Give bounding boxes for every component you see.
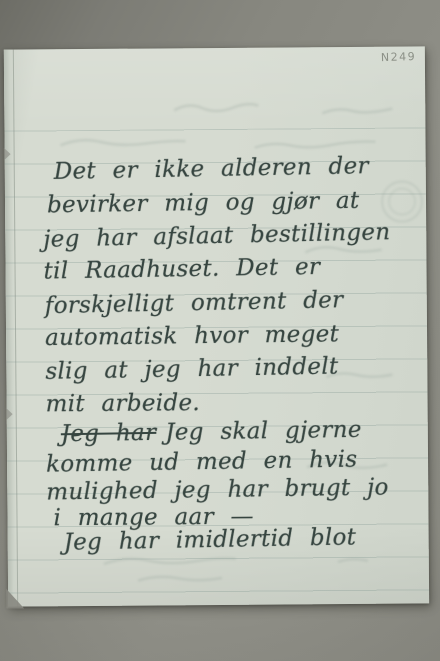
handwriting-line-text: Jeg skal gjerne [165,417,362,446]
handwriting-line: Det er ikke alderen der [54,154,369,185]
handwriting-line: forskjelligt omtrent der [45,288,344,319]
handwriting-line: Jeg harJeg skal gjerne [61,418,362,448]
handwriting-line: mit arbeide. [46,391,201,418]
handwriting-line: slig at jeg har inddelt [45,355,339,386]
handwriting-line: automatisk hvor meget [45,322,339,351]
handwriting-line: mulighed jeg har brugt jo [46,475,389,505]
letter-page: N249 Det er ikke alderen der bevirker mi… [4,46,429,606]
photograph: N249 Det er ikke alderen der bevirker mi… [0,0,440,661]
handwriting-line: komme ud med en hvis [46,448,358,478]
handwriting-line: bevirker mig og gjør at [47,189,360,219]
struck-words: Jeg har [61,420,157,447]
handwriting-line: til Raadhuset. Det er [43,255,320,285]
handwriting-line: Jeg har imidlertid blot [63,525,356,556]
handwriting-line: jeg har afslaat bestillingen [43,220,391,253]
catalog-annotation: N249 [380,50,416,64]
